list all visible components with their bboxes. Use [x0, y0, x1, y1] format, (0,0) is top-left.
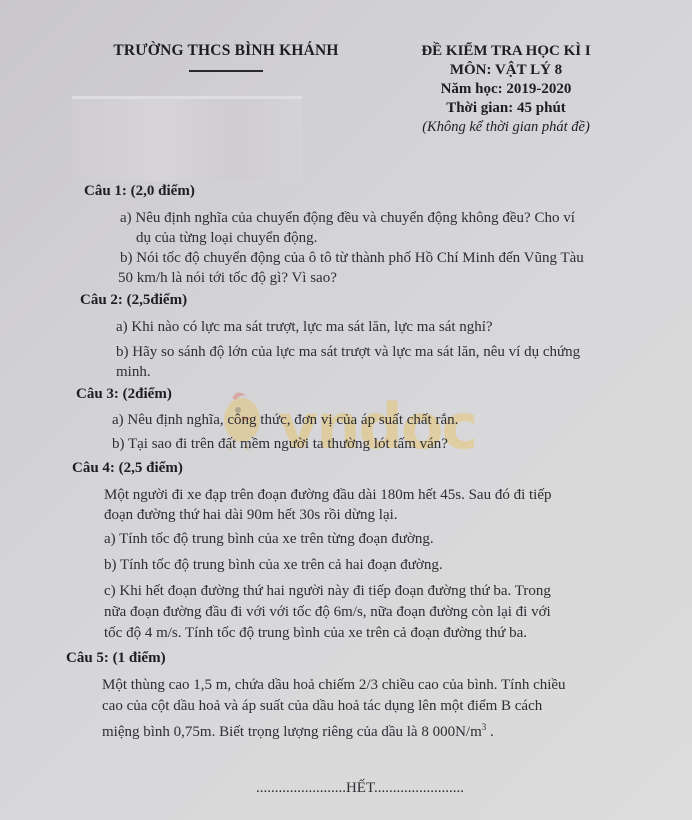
question-4-heading: Câu 4: (2,5 điểm): [72, 460, 183, 477]
question-2a: a) Khi nào có lực ma sát trượt, lực ma s…: [116, 317, 493, 337]
end-marker: ........................HẾT.............…: [240, 780, 480, 797]
question-5-line: cao của cột dầu hoả và áp suất của dầu h…: [102, 696, 566, 717]
school-year: Năm học: 2019-2020: [400, 80, 612, 99]
question-5-line: Một thùng cao 1,5 m, chứa dầu hoả chiếm …: [102, 675, 566, 696]
question-1b-line: 50 km/h là nói tới tốc độ gì? Vì sao?: [118, 268, 584, 288]
question-1-heading: Câu 1: (2,0 điểm): [84, 183, 195, 200]
question-3-heading: Câu 3: (2điểm): [76, 386, 172, 403]
question-4b-line: b) Tính tốc độ trung bình của xe trên cả…: [104, 555, 443, 575]
question-5-tail: .: [486, 724, 494, 740]
question-4b: b) Tính tốc độ trung bình của xe trên cả…: [104, 555, 443, 575]
question-5-text: miệng bình 0,75m. Biết trọng lượng riêng…: [102, 724, 482, 740]
school-header: TRƯỜNG THCS BÌNH KHÁNH: [108, 42, 344, 72]
question-1a-line: dụ của từng loại chuyển động.: [120, 228, 575, 248]
question-4-intro-line: đoạn đường thứ hai dài 90m hết 30s rồi d…: [104, 505, 551, 525]
question-3b: b) Tại sao đi trên đất mềm người ta thườ…: [112, 434, 448, 454]
question-4c-line: nữa đoạn đường đầu đi với với tốc độ 6m/…: [104, 602, 551, 623]
question-3a-line: a) Nêu định nghĩa, công thức, đơn vị của…: [112, 410, 458, 430]
exam-subject: MÔN: VẬT LÝ 8: [400, 61, 612, 80]
question-2-heading: Câu 2: (2,5điểm): [80, 292, 187, 309]
question-4a-line: a) Tính tốc độ trung bình của xe trên từ…: [104, 529, 434, 549]
redacted-area: [72, 96, 302, 181]
question-2b-line: minh.: [116, 362, 580, 382]
school-name: TRƯỜNG THCS BÌNH KHÁNH: [113, 42, 338, 59]
duration-note: (Không kể thời gian phát đề): [400, 118, 612, 137]
question-4a: a) Tính tốc độ trung bình của xe trên từ…: [104, 529, 434, 549]
question-3b-line: b) Tại sao đi trên đất mềm người ta thườ…: [112, 434, 448, 454]
exam-title: ĐỀ KIỂM TRA HỌC KÌ I: [400, 42, 612, 61]
exam-duration: Thời gian: 45 phút: [400, 99, 612, 118]
question-4c: c) Khi hết đoạn đường thứ hai người này …: [104, 581, 551, 644]
question-4c-line: c) Khi hết đoạn đường thứ hai người này …: [104, 581, 551, 602]
exam-header: ĐỀ KIỂM TRA HỌC KÌ I MÔN: VẬT LÝ 8 Năm h…: [400, 42, 612, 137]
question-4c-line: tốc độ 4 m/s. Tính tốc độ trung bình của…: [104, 623, 551, 644]
question-2b-line: b) Hãy so sánh độ lớn của lực ma sát trư…: [116, 342, 580, 362]
question-1a: a) Nêu định nghĩa của chuyển động đều và…: [120, 208, 575, 248]
question-4-intro: Một người đi xe đạp trên đoạn đường đầu …: [104, 485, 551, 525]
question-5-line: miệng bình 0,75m. Biết trọng lượng riêng…: [102, 717, 566, 743]
question-3a: a) Nêu định nghĩa, công thức, đơn vị của…: [112, 410, 458, 430]
question-2b: b) Hãy so sánh độ lớn của lực ma sát trư…: [116, 342, 580, 382]
exam-page: TRƯỜNG THCS BÌNH KHÁNH ĐỀ KIỂM TRA HỌC K…: [0, 0, 692, 820]
question-1a-line: a) Nêu định nghĩa của chuyển động đều và…: [120, 208, 575, 228]
header-underline: [189, 70, 263, 72]
question-1b-line: b) Nói tốc độ chuyển động của ô tô từ th…: [120, 248, 584, 268]
question-4-intro-line: Một người đi xe đạp trên đoạn đường đầu …: [104, 485, 551, 505]
question-5-heading: Câu 5: (1 điểm): [66, 650, 166, 667]
question-2a-line: a) Khi nào có lực ma sát trượt, lực ma s…: [116, 317, 493, 337]
question-1b: b) Nói tốc độ chuyển động của ô tô từ th…: [120, 248, 584, 288]
question-5-body: Một thùng cao 1,5 m, chứa dầu hoả chiếm …: [102, 675, 566, 743]
